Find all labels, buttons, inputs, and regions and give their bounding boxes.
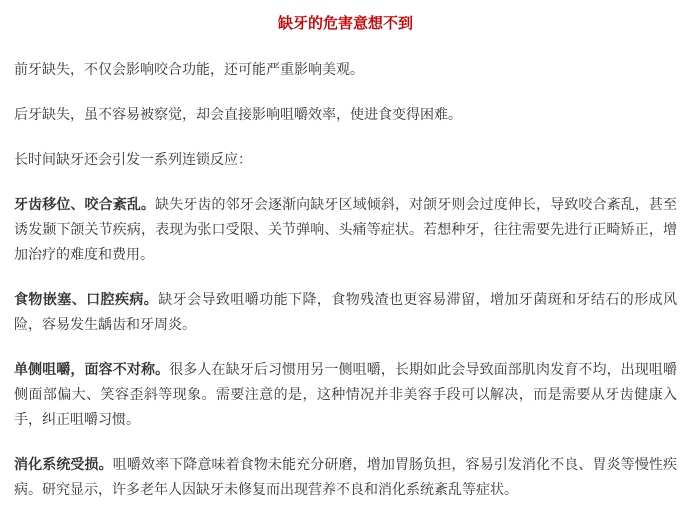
- paragraph-text: 长时间缺牙还会引发一系列连锁反应：: [14, 151, 252, 167]
- paragraph: 前牙缺失，不仅会影响咬合功能，还可能严重影响美观。: [14, 57, 677, 82]
- paragraph-lead: 牙齿移位、咬合紊乱。: [14, 196, 155, 212]
- paragraph-lead: 消化系统受损。: [14, 456, 113, 472]
- article: 缺牙的危害意想不到 前牙缺失，不仅会影响咬合功能，还可能严重影响美观。 后牙缺失…: [0, 14, 691, 502]
- paragraph: 食物嵌塞、口腔疾病。缺牙会导致咀嚼功能下降，食物残渣也更容易滞留，增加牙菌斑和牙…: [14, 287, 677, 337]
- paragraph: 长时间缺牙还会引发一系列连锁反应：: [14, 147, 677, 172]
- paragraph: 单侧咀嚼，面容不对称。很多人在缺牙后习惯用另一侧咀嚼，长期如此会导致面部肌肉发育…: [14, 357, 677, 432]
- paragraph-lead: 食物嵌塞、口腔疾病。: [14, 291, 158, 307]
- page-title: 缺牙的危害意想不到: [14, 14, 677, 34]
- paragraph-text: 前牙缺失，不仅会影响咬合功能，还可能严重影响美观。: [14, 61, 364, 77]
- paragraph-text: 咀嚼效率下降意味着食物未能充分研磨，增加胃肠负担，容易引发消化不良、胃炎等慢性疾…: [14, 456, 677, 497]
- paragraph: 后牙缺失，虽不容易被察觉，却会直接影响咀嚼效率，使进食变得困难。: [14, 102, 677, 127]
- paragraph: 牙齿移位、咬合紊乱。缺失牙齿的邻牙会逐渐向缺牙区域倾斜，对颌牙则会过度伸长，导致…: [14, 192, 677, 267]
- paragraph-text: 后牙缺失，虽不容易被察觉，却会直接影响咀嚼效率，使进食变得困难。: [14, 106, 462, 122]
- paragraph: 消化系统受损。咀嚼效率下降意味着食物未能充分研磨，增加胃肠负担，容易引发消化不良…: [14, 452, 677, 502]
- paragraph-lead: 单侧咀嚼，面容不对称。: [14, 361, 169, 377]
